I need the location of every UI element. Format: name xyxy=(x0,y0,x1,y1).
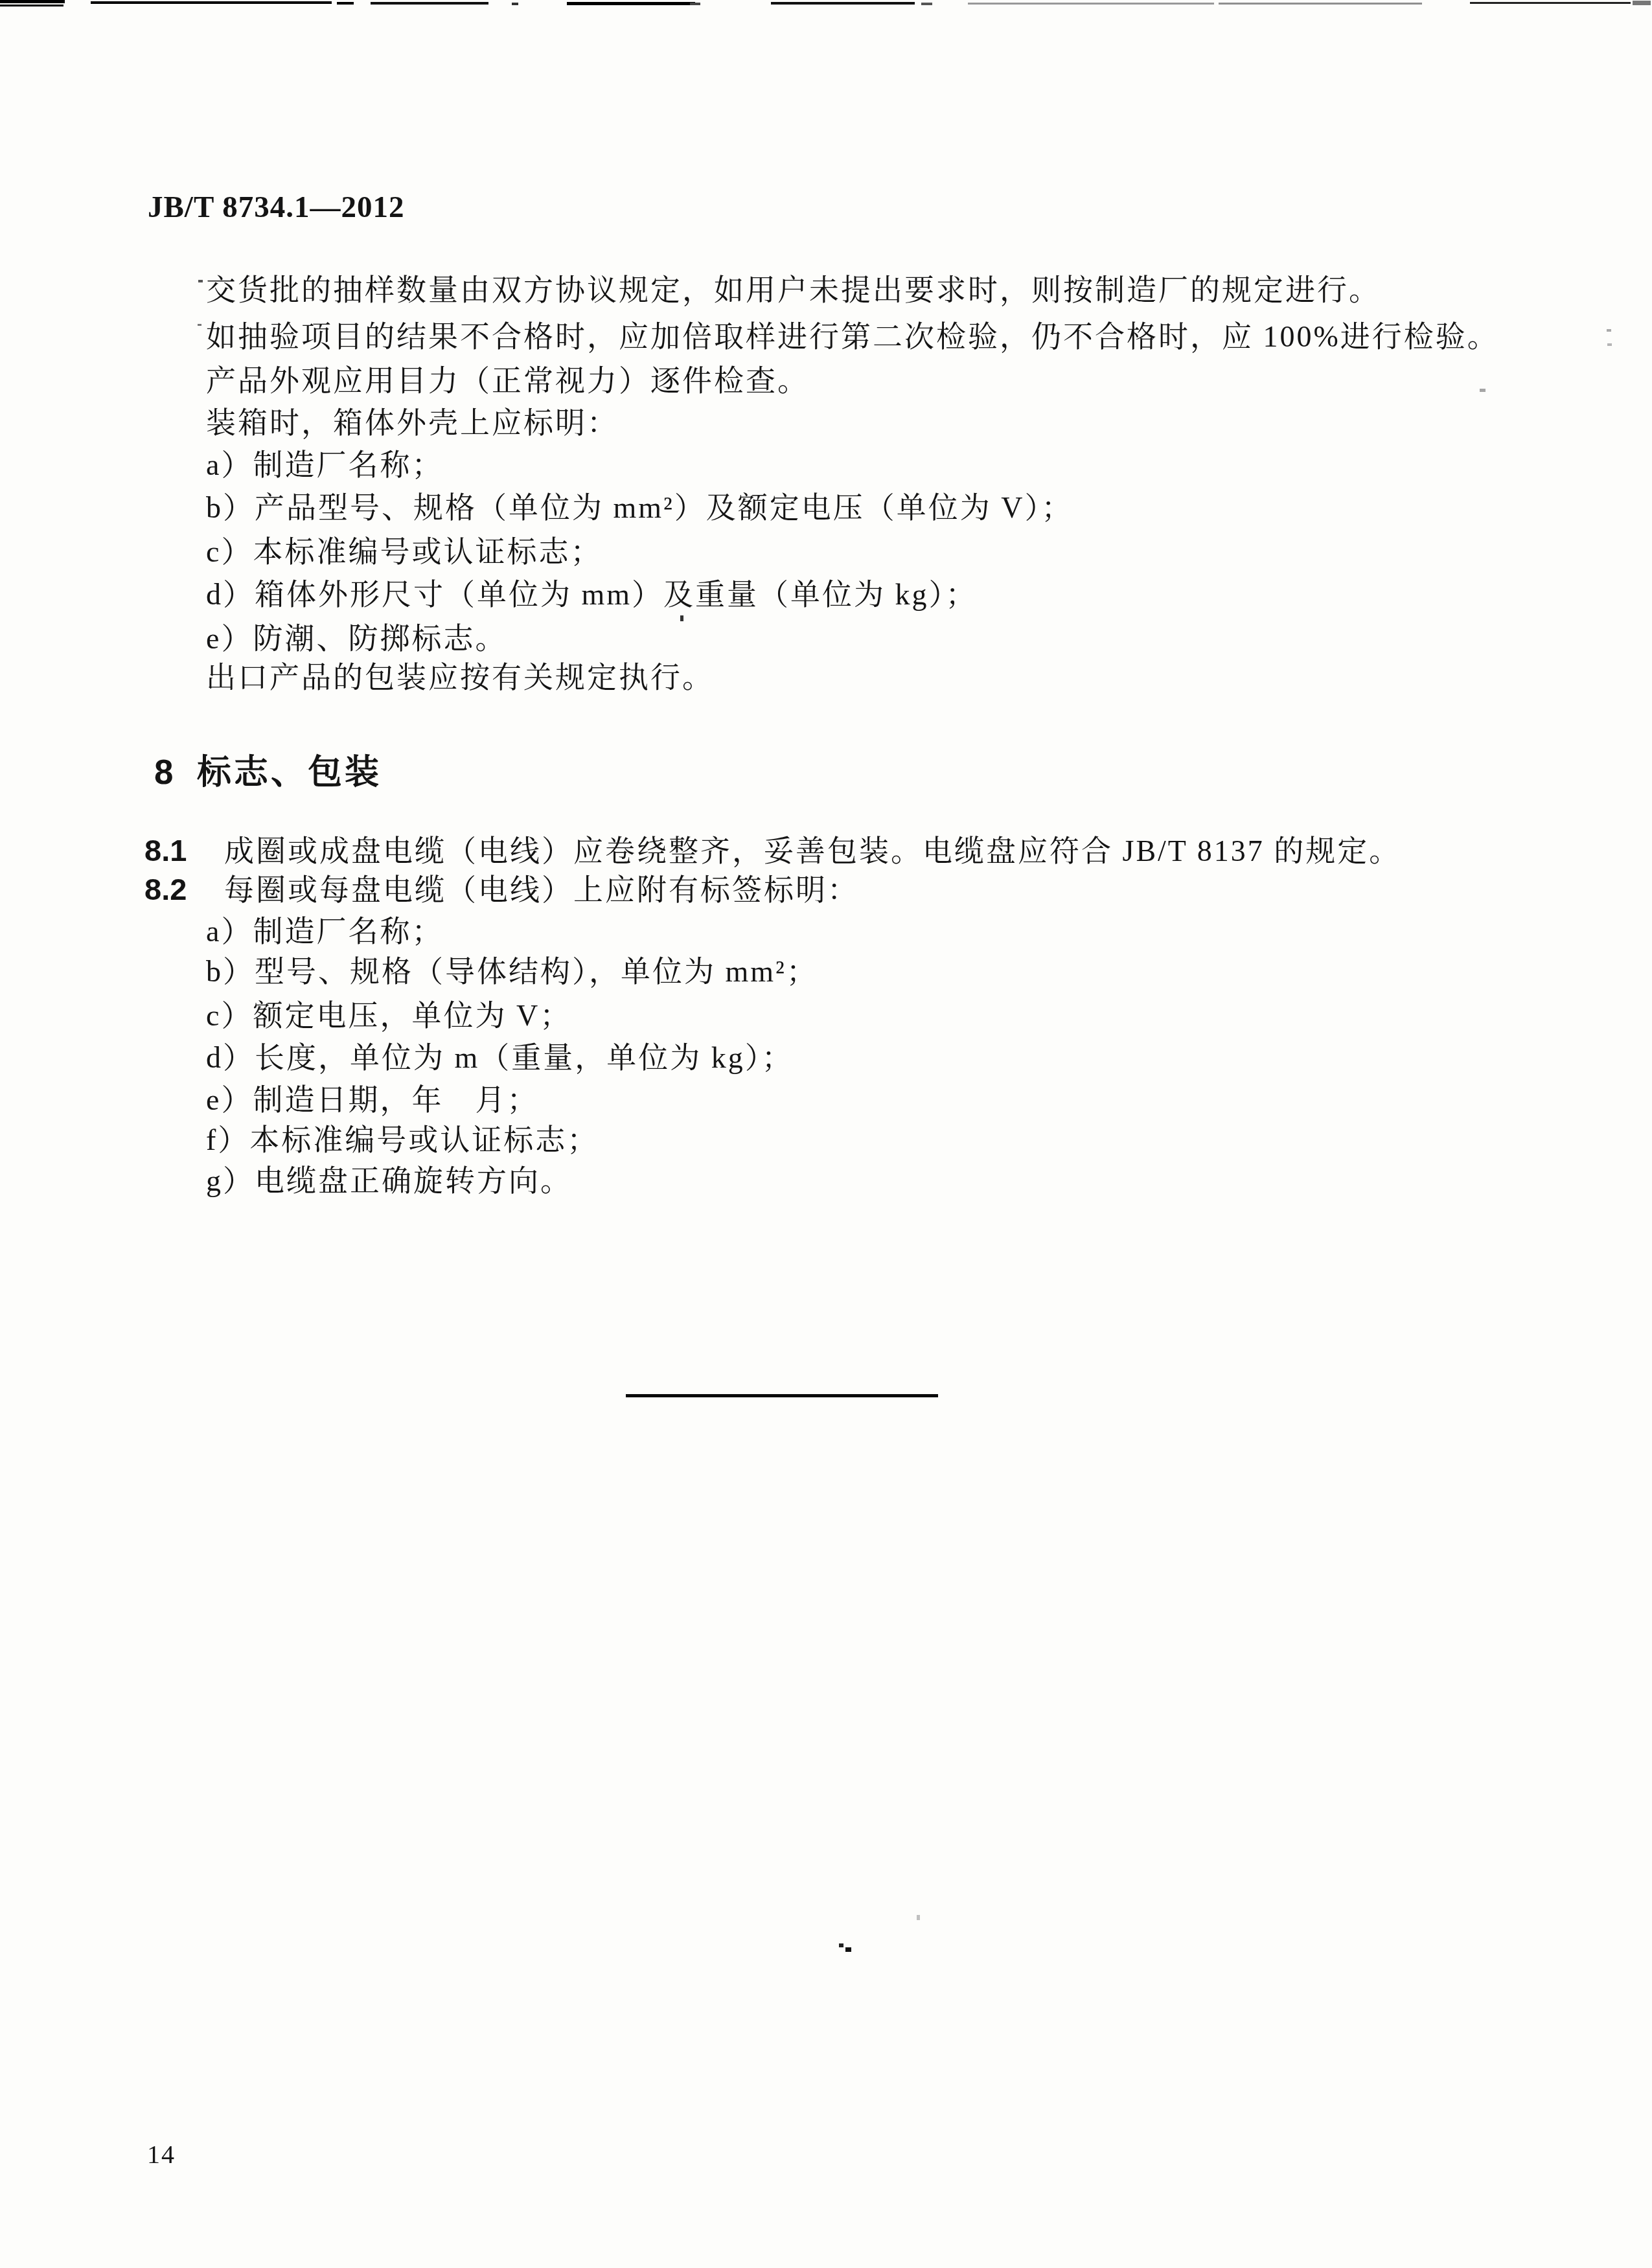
clause-number: 8.2 xyxy=(144,871,224,908)
scan-artifact xyxy=(567,2,695,5)
paragraph: 产品外观应用目力（正常视力）逐件检查。 xyxy=(206,363,809,398)
clause-text: 成圈或成盘电缆（电线）应卷绕整齐，妥善包装。电缆盘应符合 JB/T 8137 的… xyxy=(224,834,1401,867)
clause-8-1: 8.1成圈或成盘电缆（电线）应卷绕整齐，妥善包装。电缆盘应符合 JB/T 813… xyxy=(144,832,1401,869)
clause-8-2: 8.2每圈或每盘电缆（电线）上应附有标签标明： xyxy=(144,871,859,908)
list-item: b）型号、规格（导体结构），单位为 mm²； xyxy=(206,954,818,989)
scan-artifact xyxy=(371,2,488,5)
section-title: 标志、包装 xyxy=(197,753,382,792)
list-item: c）本标准编号或认证标志； xyxy=(206,534,602,569)
ink-speck xyxy=(1480,389,1486,392)
list-item: d）长度，单位为 m（重量，单位为 kg）； xyxy=(206,1040,794,1075)
ink-speck xyxy=(1607,343,1612,346)
page-number: 14 xyxy=(147,2139,176,2170)
ink-speck xyxy=(198,324,201,326)
paragraph: 交货批的抽样数量由双方协议规定，如用户未提出要求时，则按制造厂的规定进行。 xyxy=(206,272,1381,308)
scan-artifact xyxy=(337,2,354,5)
end-divider xyxy=(626,1394,938,1397)
clause-number: 8.1 xyxy=(144,832,224,869)
list-item: g）电缆盘正确旋转方向。 xyxy=(206,1163,572,1198)
list-item: a）制造厂名称； xyxy=(206,913,443,949)
ink-speck xyxy=(917,1915,920,1920)
clause-text: 每圈或每盘电缆（电线）上应附有标签标明： xyxy=(224,873,859,906)
ink-speck xyxy=(680,615,683,621)
ink-speck xyxy=(198,280,203,282)
scan-artifact xyxy=(921,3,932,5)
scan-artifact xyxy=(690,3,700,5)
list-item: b）产品型号、规格（单位为 mm²）及额定电压（单位为 V）； xyxy=(206,490,1073,525)
scanned-page: JB/T 8734.1—2012 交货批的抽样数量由双方协议规定，如用户未提出要… xyxy=(0,0,1652,2268)
ink-speck xyxy=(845,1947,851,1952)
scan-artifact xyxy=(1219,3,1422,5)
standard-number: JB/T 8734.1—2012 xyxy=(148,189,404,225)
scan-artifact xyxy=(771,2,915,5)
scan-artifact xyxy=(91,1,332,4)
scan-artifact xyxy=(1633,1,1651,5)
section-number: 8 xyxy=(154,753,197,792)
list-item: e）防潮、防掷标志。 xyxy=(206,621,507,656)
ink-speck xyxy=(839,1943,843,1947)
ink-speck xyxy=(1607,329,1611,332)
scan-artifact xyxy=(0,0,65,3)
scan-artifact xyxy=(1470,2,1631,4)
paragraph: 如抽验项目的结果不合格时，应加倍取样进行第二次检验，仍不合格时，应 100%进行… xyxy=(206,319,1499,354)
section-heading: 8标志、包装 xyxy=(154,745,382,794)
list-item: e）制造日期，年 月； xyxy=(206,1082,538,1117)
list-item: a）制造厂名称； xyxy=(206,447,443,483)
scan-artifact xyxy=(0,5,63,6)
scan-artifact xyxy=(968,3,1214,5)
paragraph: 装箱时，箱体外壳上应标明： xyxy=(206,405,619,441)
list-item: f）本标准编号或认证标志； xyxy=(206,1122,599,1158)
scan-artifact xyxy=(512,3,518,5)
list-item: c）额定电压，单位为 V； xyxy=(206,998,571,1033)
paragraph: 出口产品的包装应按有关规定执行。 xyxy=(206,659,714,695)
list-item: d）箱体外形尺寸（单位为 mm）及重量（单位为 kg）； xyxy=(206,577,978,612)
